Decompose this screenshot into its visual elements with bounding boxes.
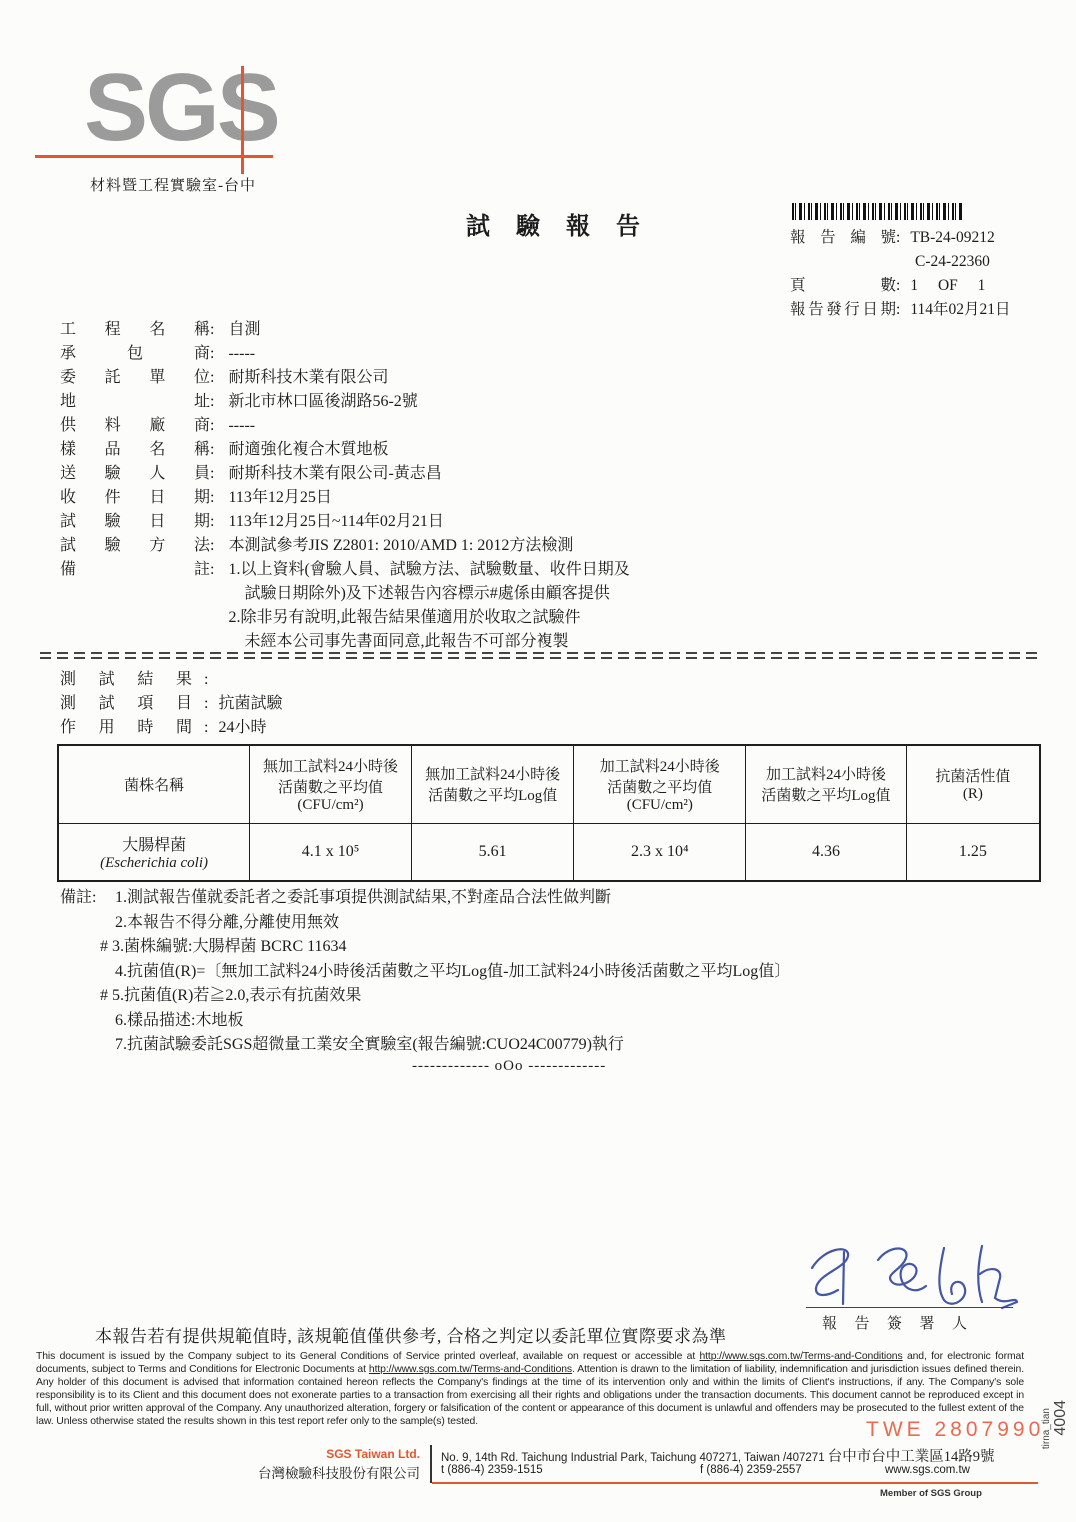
end-of-report-mark: ------------- oOo ------------- — [412, 1058, 606, 1075]
footer-address-en: No. 9, 14th Rd. Taichung Industrial Park… — [441, 1452, 828, 1464]
field-value: ----- — [228, 342, 255, 366]
column-header-untreated-log: 無加工試料24小時後 活菌數之平均Log值 — [411, 745, 574, 823]
field-row-submitter: 送驗人員:耐斯科技木業有限公司-黃志昌 — [60, 462, 630, 486]
stamp-number: TWE 2807990 — [866, 1418, 1044, 1442]
signer-label-text: 報告簽署人 — [822, 1312, 967, 1333]
report-no2-value: C-24-22360 — [790, 253, 990, 270]
field-label: 供料廠商 — [60, 414, 210, 438]
logo-horizontal-line — [35, 155, 273, 158]
colon: : — [210, 342, 214, 366]
issue-date-value: 114年02月21日 — [910, 301, 1010, 318]
result-row: 測試結果: — [60, 668, 282, 692]
footer-address-zh: 台中市台中工業區14路9號 — [828, 1449, 995, 1465]
field-label: 委託單位 — [60, 366, 210, 390]
signer-label: 報告簽署人 — [822, 1312, 967, 1333]
field-label: 工程名稱 — [60, 318, 210, 342]
table-header-row: 菌株名稱 無加工試料24小時後 活菌數之平均值 (CFU/cm²) 無加工試料2… — [58, 745, 1040, 823]
report-no-label: 報告編號 — [790, 226, 896, 250]
notes-label: 備註: — [60, 886, 96, 911]
page-count-row: 頁數:1 OF 1 — [790, 274, 1060, 298]
info-fields: 工程名稱:自測 承包商:----- 委託單位:耐斯科技木業有限公司 地址:新北市… — [60, 318, 630, 654]
field-row-test-method: 試驗方法:本測試參考JIS Z2801: 2010/AMD 1: 2012方法檢… — [60, 534, 630, 558]
sgs-logo: SGS — [84, 58, 278, 158]
remark-line: 2.除非另有說明,此報告結果僅適用於收取之試驗件 — [228, 606, 629, 630]
result-row: 測試項目:抗菌試驗 — [60, 692, 282, 716]
colon: : — [204, 671, 208, 688]
logo-vertical-line — [241, 66, 244, 174]
report-no2-row: C-24-22360 — [790, 250, 1060, 274]
field-row-client: 委託單位:耐斯科技木業有限公司 — [60, 366, 630, 390]
field-value: 耐斯科技木業有限公司 — [228, 366, 388, 390]
field-value: 113年12月25日~114年02月21日 — [228, 510, 443, 534]
field-label: 試驗方法 — [60, 534, 210, 558]
colon: : — [210, 558, 214, 582]
footer-orange-line — [432, 1482, 1038, 1484]
field-row-test-date: 試驗日期:113年12月25日~114年02月21日 — [60, 510, 630, 534]
note-item: 4.抗菌值(R)=〔無加工試料24小時後活菌數之平均Log值-加工試料24小時後… — [60, 960, 1040, 985]
strain-latin: (Escherichia coli) — [63, 855, 245, 872]
colon: : — [210, 486, 214, 510]
terms-url: http://www.sgs.com.tw/Terms-and-Conditio… — [699, 1351, 902, 1362]
field-label: 收件日期 — [60, 486, 210, 510]
footer-company-zh: 台灣檢驗科技股份有限公司 — [200, 1462, 420, 1482]
side-rotated-name: tirna_tian — [1041, 1408, 1052, 1449]
results-table: 菌株名稱 無加工試料24小時後 活菌數之平均值 (CFU/cm²) 無加工試料2… — [57, 744, 1041, 882]
colon: : — [210, 318, 214, 342]
field-value: 自測 — [228, 318, 260, 342]
note-item: # 5.抗菌值(R)若≧2.0,表示有抗菌效果 — [60, 984, 1040, 1009]
side-rotated-number: 4004 — [1052, 1400, 1070, 1436]
column-header-r-value: 抗菌活性值 (R) — [906, 745, 1040, 823]
remark-line: 1.以上資料(會驗人員、試驗方法、試驗數量、收件日期及 — [228, 558, 629, 582]
field-value: 耐適強化複合木質地板 — [228, 438, 388, 462]
field-row-project-name: 工程名稱:自測 — [60, 318, 630, 342]
legal-disclaimer: This document is issued by the Company s… — [36, 1350, 1024, 1428]
barcode — [792, 203, 962, 220]
colon: : — [204, 719, 208, 736]
colon: : — [210, 462, 214, 486]
page-count-value: 1 OF 1 — [910, 277, 985, 294]
colon: : — [896, 301, 900, 318]
colon: : — [210, 414, 214, 438]
note-item: 7.抗菌試驗委託SGS超微量工業安全實驗室(報告編號:CUO24C00779)執… — [60, 1033, 1040, 1058]
terms-url: http://www.sgs.com.tw/Terms-and-Conditio… — [369, 1364, 572, 1375]
result-label: 測試結果 — [60, 668, 192, 692]
note-item: 2.本報告不得分離,分離使用無效 — [60, 911, 1040, 936]
footer-divider — [430, 1445, 432, 1483]
colon: : — [896, 229, 900, 246]
colon: : — [210, 510, 214, 534]
result-value: 抗菌試驗 — [218, 695, 282, 712]
field-label: 樣品名稱 — [60, 438, 210, 462]
result-label: 測試項目 — [60, 692, 192, 716]
remark-line: 未經本公司事先書面同意,此報告不可部分複製 — [228, 630, 629, 654]
footer-website: www.sgs.com.tw — [885, 1464, 970, 1476]
spec-footnote: 本報告若有提供規範值時, 該規範值僅供參考, 合格之判定以委託單位實際要求為準 — [95, 1322, 727, 1347]
footer-company-en: SGS Taiwan Ltd. — [200, 1447, 420, 1461]
notes-section: 備註: 1.測試報告僅就委託者之委託事項提供測試結果,不對產品合法性做判斷 2.… — [60, 886, 1040, 1058]
column-header-untreated-avg: 無加工試料24小時後 活菌數之平均值 (CFU/cm²) — [250, 745, 412, 823]
disclaimer-text: This document is issued by the Company s… — [36, 1351, 699, 1362]
colon: : — [210, 534, 214, 558]
issue-date-row: 報告發行日期:114年02月21日 — [790, 298, 1060, 322]
result-value: 24小時 — [218, 719, 266, 736]
note-item: # 3.菌株編號:大腸桿菌 BCRC 11634 — [60, 935, 1040, 960]
field-value: 113年12月25日 — [228, 486, 331, 510]
signature-line — [806, 1307, 1013, 1308]
note-item: 1.測試報告僅就委託者之委託事項提供測試結果,不對產品合法性做判斷 — [60, 886, 1040, 911]
field-row-sample-name: 樣品名稱:耐適強化複合木質地板 — [60, 438, 630, 462]
remark-line: 試驗日期除外)及下述報告內容標示#處係由顧客提供 — [228, 582, 629, 606]
strain-zh: 大腸桿菌 — [63, 832, 245, 855]
table-row: 大腸桿菌 (Escherichia coli) 4.1 x 10⁵ 5.61 2… — [58, 823, 1040, 881]
footer-fax: f (886-4) 2359-2557 — [700, 1464, 802, 1476]
lab-name: 材料暨工程實驗室-台中 — [90, 174, 256, 195]
test-report-page: SGS 材料暨工程實驗室-台中 試 驗 報 告 報告編號:TB-24-09212… — [0, 0, 1076, 1522]
colon: : — [204, 695, 208, 712]
remark-lines: 1.以上資料(會驗人員、試驗方法、試驗數量、收件日期及 試驗日期除外)及下述報告… — [228, 558, 629, 654]
column-header-strain: 菌株名稱 — [58, 745, 250, 823]
field-row-receive-date: 收件日期:113年12月25日 — [60, 486, 630, 510]
cell-strain: 大腸桿菌 (Escherichia coli) — [58, 823, 250, 881]
field-value: ----- — [228, 414, 255, 438]
colon: : — [210, 366, 214, 390]
column-header-treated-log: 加工試料24小時後 活菌數之平均Log值 — [746, 745, 907, 823]
colon: : — [896, 277, 900, 294]
field-value: 耐斯科技木業有限公司-黃志昌 — [228, 462, 441, 486]
footer-tel: t (886-4) 2359-1515 — [441, 1464, 543, 1476]
cell-treated-log: 4.36 — [746, 823, 907, 881]
result-label: 作用時間 — [60, 716, 192, 740]
note-item: 6.樣品描述:木地板 — [60, 1009, 1040, 1034]
report-no-row: 報告編號:TB-24-09212 — [790, 226, 1060, 250]
report-info-block: 報告編號:TB-24-09212 C-24-22360 頁數:1 OF 1 報告… — [790, 226, 1060, 322]
cell-untreated-avg: 4.1 x 10⁵ — [250, 823, 412, 881]
field-value: 本測試參考JIS Z2801: 2010/AMD 1: 2012方法檢測 — [228, 534, 573, 558]
cell-untreated-log: 5.61 — [411, 823, 574, 881]
field-value: 新北市林口區後湖路56-2號 — [228, 390, 417, 414]
footer-address: No. 9, 14th Rd. Taichung Industrial Park… — [441, 1445, 995, 1466]
colon: : — [210, 438, 214, 462]
field-row-contractor: 承包商:----- — [60, 342, 630, 366]
field-label: 送驗人員 — [60, 462, 210, 486]
field-row-address: 地址:新北市林口區後湖路56-2號 — [60, 390, 630, 414]
cell-treated-avg: 2.3 x 10⁴ — [574, 823, 746, 881]
signature — [798, 1236, 1018, 1314]
field-row-remarks: 備註: 1.以上資料(會驗人員、試驗方法、試驗數量、收件日期及 試驗日期除外)及… — [60, 558, 630, 654]
footer-member-of-sgs: Member of SGS Group — [880, 1488, 982, 1499]
field-row-supplier: 供料廠商:----- — [60, 414, 630, 438]
report-no-value: TB-24-09212 — [910, 229, 994, 246]
page-count-label: 頁數 — [790, 274, 896, 298]
issue-date-label: 報告發行日期 — [790, 298, 896, 322]
double-dashed-separator — [40, 652, 1040, 660]
cell-r-value: 1.25 — [906, 823, 1040, 881]
field-label: 承包商 — [60, 342, 210, 366]
column-header-treated-avg: 加工試料24小時後 活菌數之平均值 (CFU/cm²) — [574, 745, 746, 823]
field-label: 試驗日期 — [60, 510, 210, 534]
colon: : — [210, 390, 214, 414]
field-label: 備註 — [60, 558, 210, 582]
page-title: 試 驗 報 告 — [466, 206, 650, 241]
result-section: 測試結果: 測試項目:抗菌試驗 作用時間:24小時 — [60, 668, 282, 740]
field-label: 地址 — [60, 390, 210, 414]
result-row: 作用時間:24小時 — [60, 716, 282, 740]
